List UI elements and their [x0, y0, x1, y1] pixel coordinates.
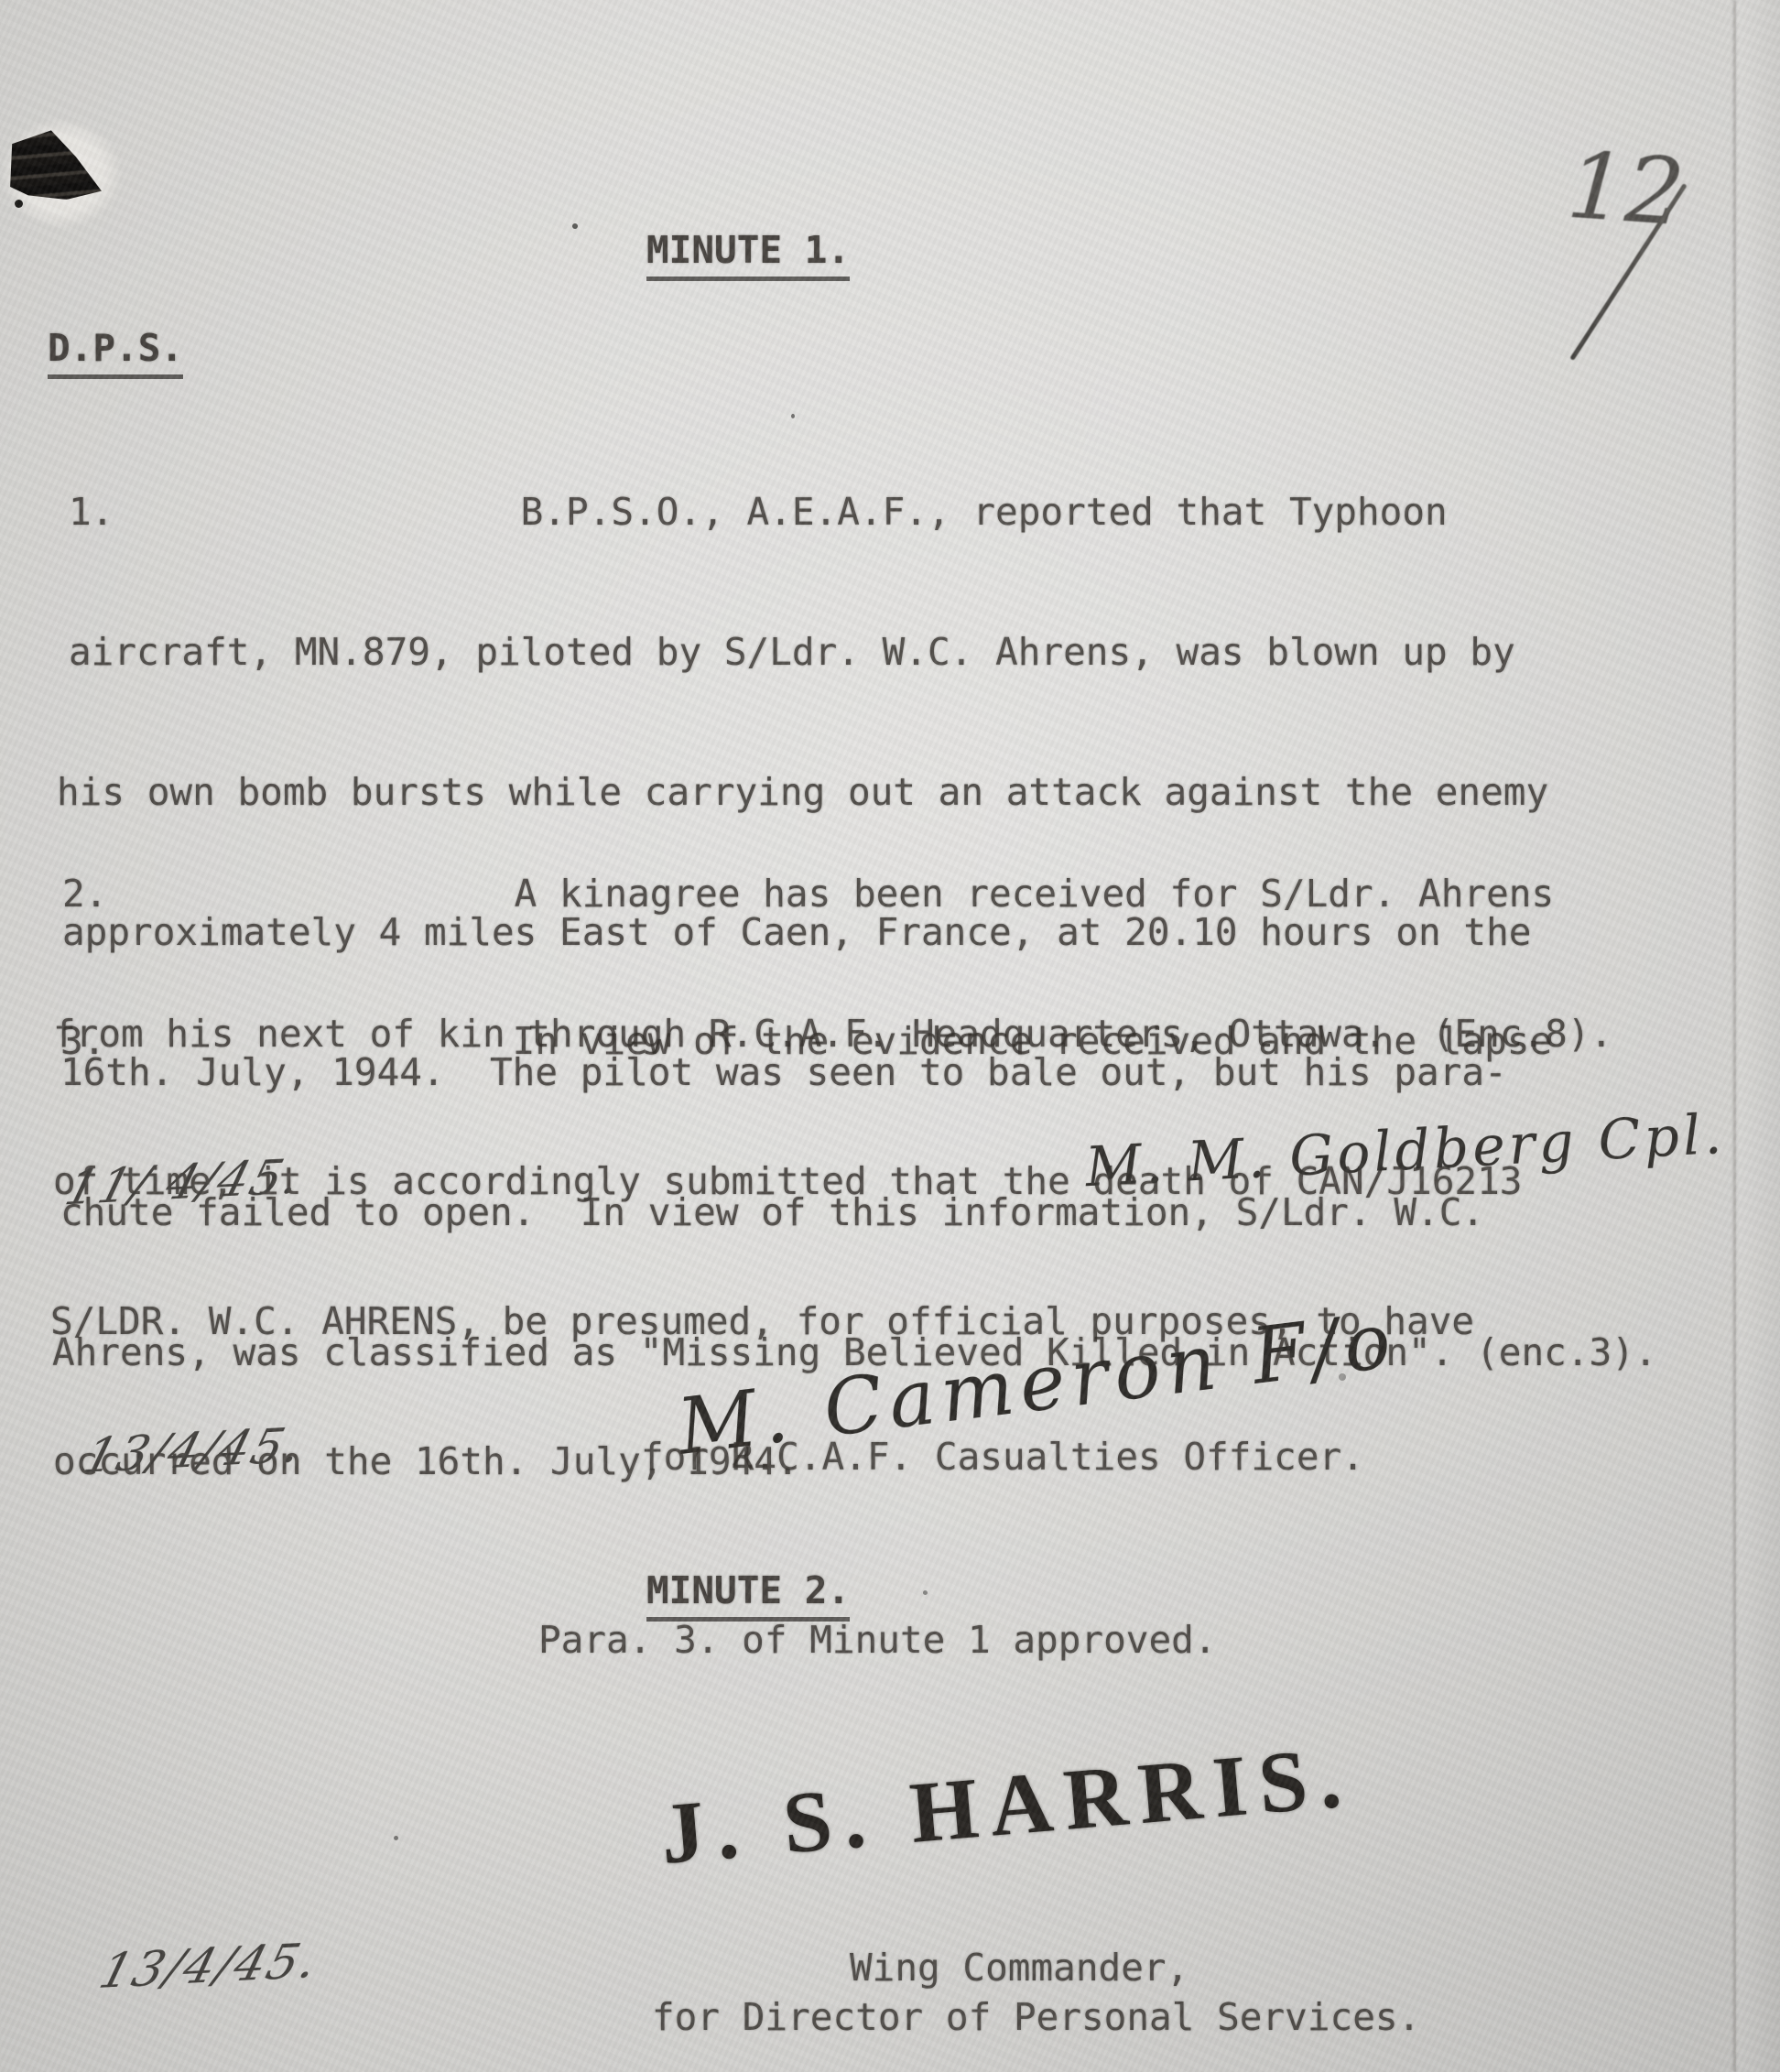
minute2-heading: MINUTE 2. — [646, 1568, 850, 1614]
harris-name-stamp: J. S. HARRIS. — [657, 1726, 1356, 1884]
minute1-heading-text: MINUTE 1. — [646, 228, 850, 281]
ink-speck — [15, 200, 23, 208]
minute2-body: Para. 3. of Minute 1 approved. — [538, 1617, 1217, 1664]
para2-line-1: 2. A kinagree has been received for S/Ld… — [62, 871, 1612, 917]
harris-date: 13/4/45. — [93, 1934, 325, 2000]
para3-line-1: 3. In view of the evidence received and … — [60, 1018, 1552, 1065]
ink-speck — [572, 223, 578, 229]
cameron-title: for R.C.A.F. Casualties Officer. — [641, 1434, 1364, 1481]
ink-speck — [923, 1590, 928, 1595]
harris-title: for Director of Personal Services. — [652, 1994, 1420, 2041]
ink-speck — [394, 1836, 398, 1840]
minute1-recipient: D.P.S. — [48, 325, 183, 372]
para1-line-1: 1. B.P.S.O., A.E.A.F., reported that Typ… — [69, 489, 1657, 536]
page-number-pencil: 12 — [1564, 132, 1688, 247]
harris-rank: Wing Commander, — [850, 1945, 1188, 1991]
minute1-recipient-text: D.P.S. — [48, 326, 183, 379]
minute1-heading: MINUTE 1. — [646, 227, 850, 274]
para1-line-2: aircraft, MN.879, piloted by S/Ldr. W.C.… — [69, 629, 1657, 676]
minute2-heading-text: MINUTE 2. — [646, 1568, 850, 1622]
scanned-minute-sheet: 12 MINUTE 1. D.P.S. 1. B.P.S.O., A.E.A.F… — [0, 0, 1780, 2072]
paper-edge — [1736, 0, 1780, 2072]
